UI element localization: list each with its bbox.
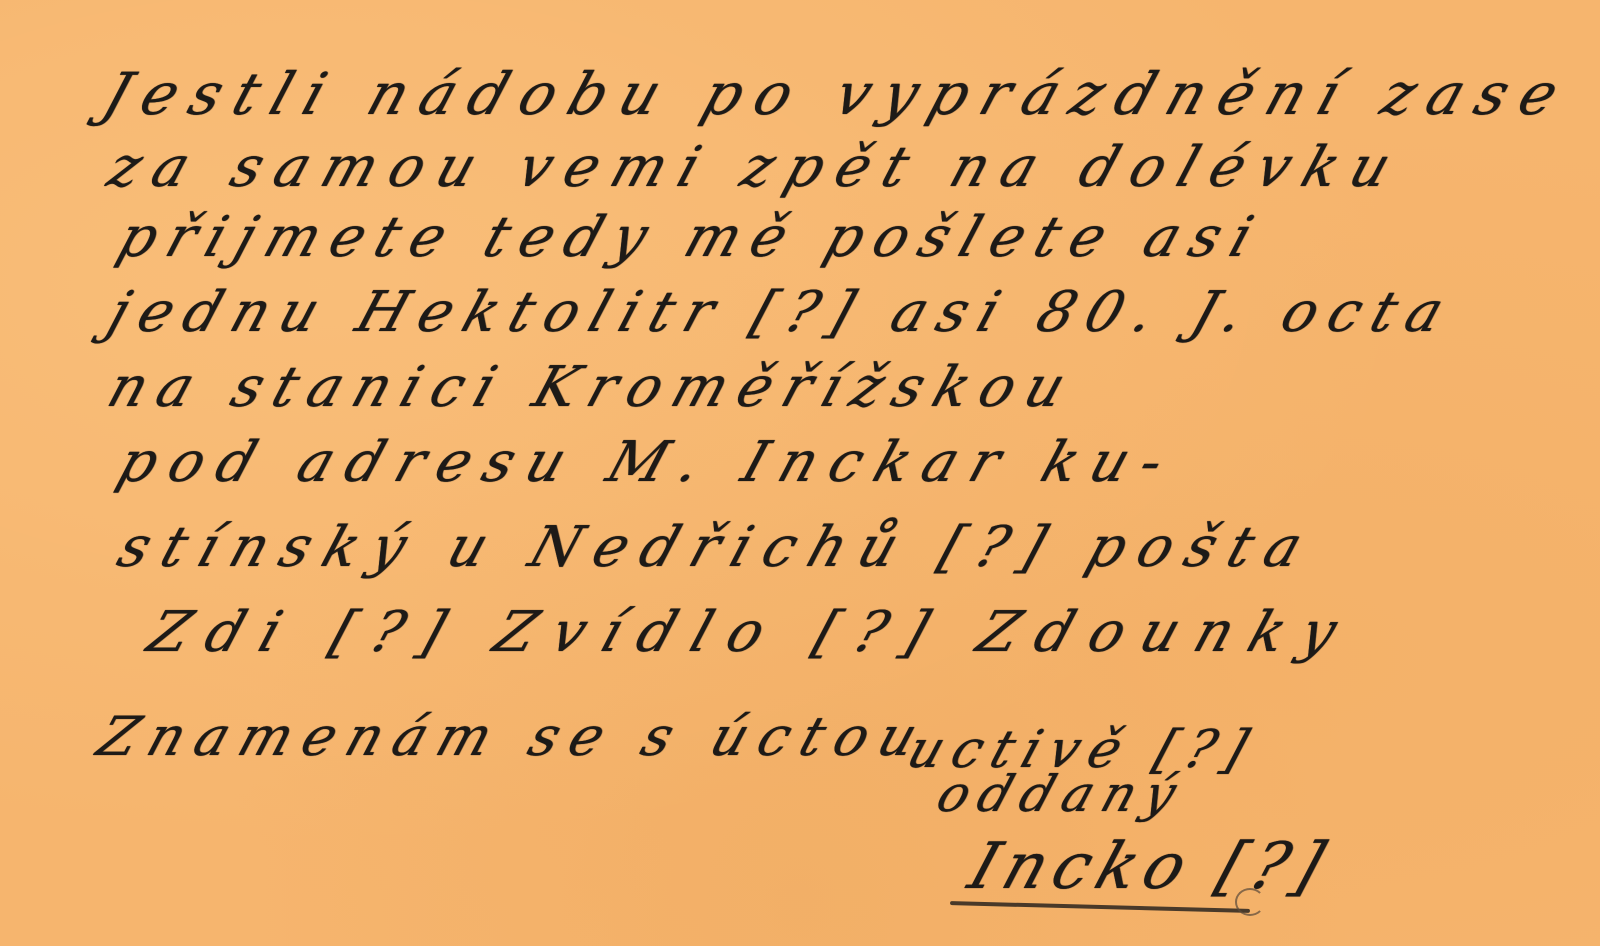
closing-line-2: oddaný	[930, 765, 1193, 823]
handwritten-line-7: stínský u Nedřichů [?] pošta	[110, 515, 1324, 580]
postcard-paper: Jestli nádobu po vyprázdnění zase za sam…	[0, 0, 1600, 946]
signature: Incko [?]	[960, 830, 1340, 904]
handwritten-line-4: jednu Hektolitr [?] asi 80. J. octa	[100, 280, 1463, 345]
handwritten-line-5: na stanici Kroměřížskou	[100, 355, 1085, 420]
handwritten-line-1: Jestli nádobu po vyprázdnění zase	[95, 60, 1581, 128]
handwritten-line-6: pod adresu M. Inckar ku-	[110, 430, 1185, 495]
handwritten-line-9: Znamenám se s úctou	[90, 705, 937, 768]
handwritten-line-2: za samou vemi zpět na dolévku	[100, 135, 1413, 200]
handwritten-line-3: přijmete tedy mě pošlete asi	[110, 205, 1273, 270]
signature-flourish-loop	[1235, 888, 1265, 916]
handwritten-line-8: Zdi [?] Zvídlo [?] Zdounky	[140, 600, 1363, 665]
